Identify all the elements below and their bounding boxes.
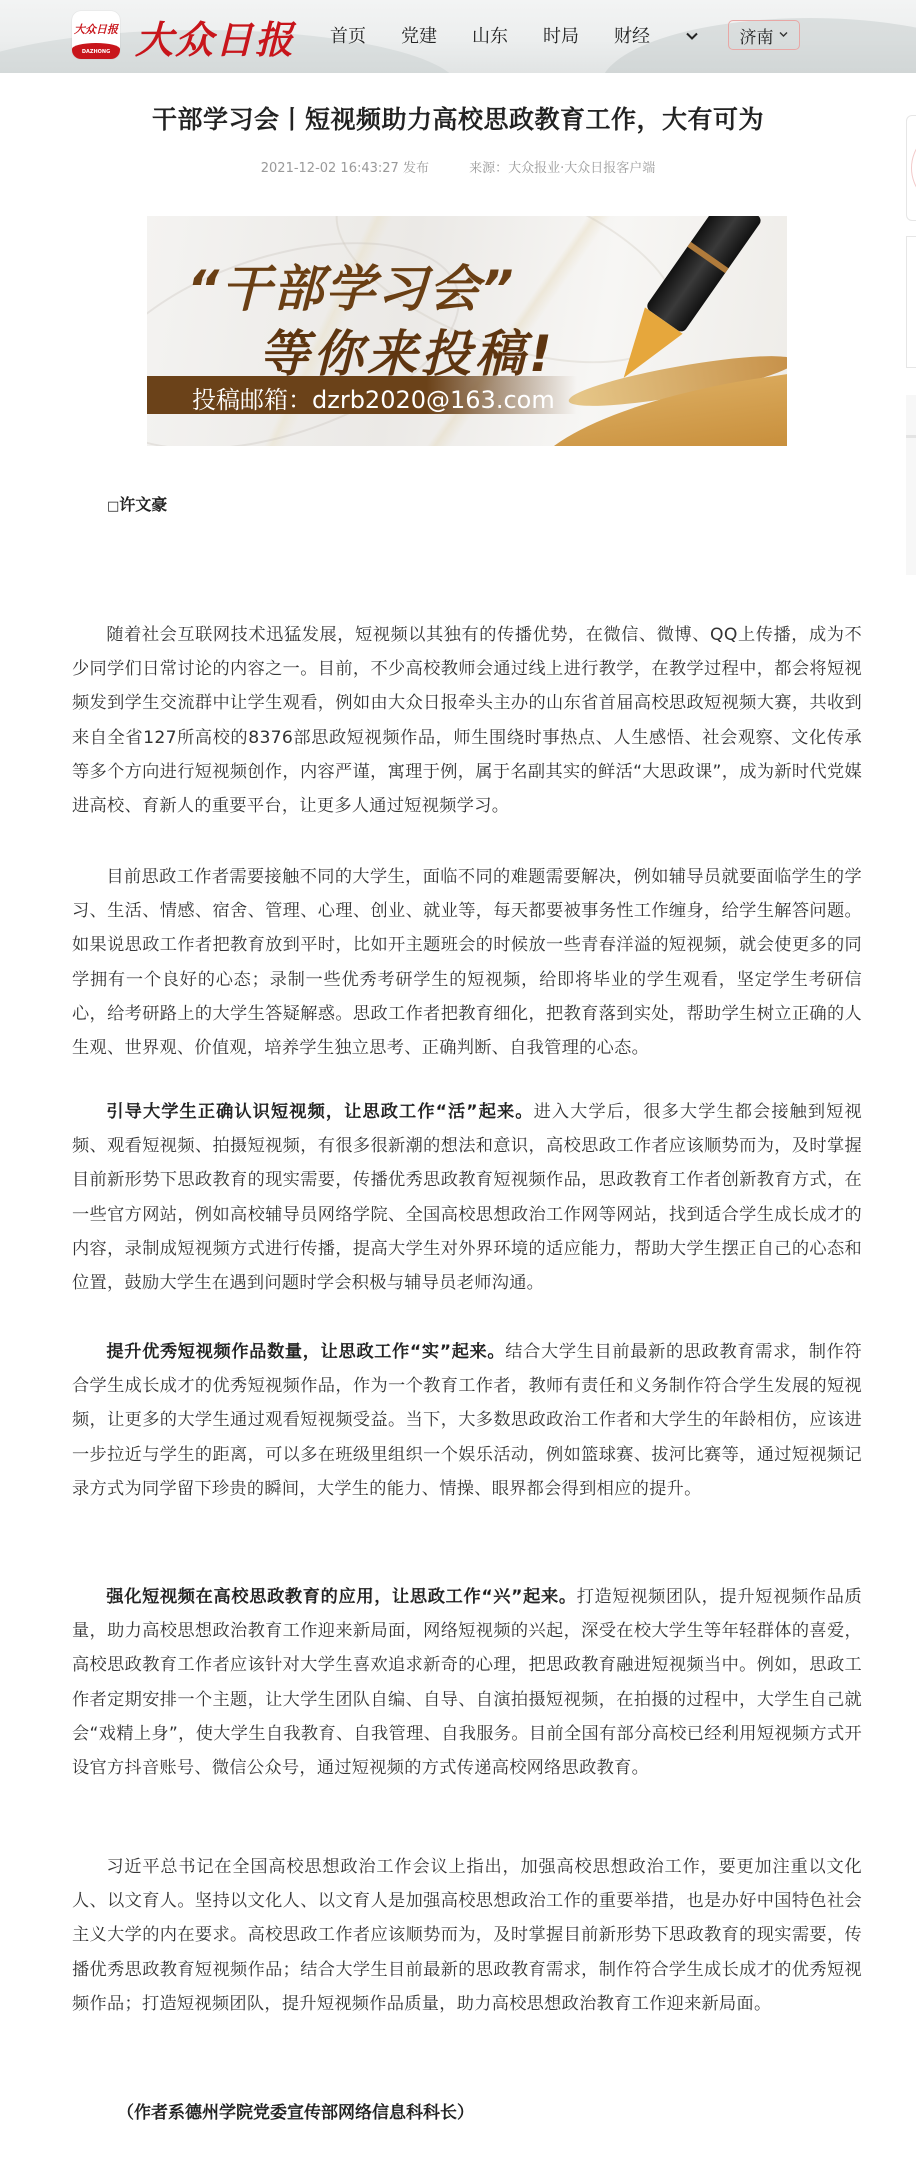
side-widget-list [906,395,916,575]
nav-item-finance[interactable]: 财经 [614,22,650,48]
paragraph-text: 习近平总书记在全国高校思想政治工作会议上指出，加强高校思想政治工作，要更加注重以… [72,1857,862,2014]
article-paragraph: 随着社会互联网技术迅猛发展，短视频以其独有的传播优势，在微信、微博、QQ上传播，… [72,618,862,823]
author-name: 许文豪 [119,495,167,514]
article-paragraph: 目前思政工作者需要接触不同的大学生，面临不同的难题需要解决，例如辅导员就要面临学… [72,860,862,1065]
city-selector[interactable]: 济南 [728,20,800,50]
city-selector-value: 济南 [740,23,774,48]
article-paragraph: 强化短视频在高校思政教育的应用，让思政工作“兴”起来。打造短视频团队，提升短视频… [72,1580,862,1785]
paragraph-lead: 强化短视频在高校思政教育的应用，让思政工作“兴”起来。 [106,1587,576,1607]
article-paragraph: 习近平总书记在全国高校思想政治工作会议上指出，加强高校思想政治工作，要更加注重以… [72,1850,862,2021]
chevron-down-icon [774,25,789,45]
article-meta: 2021-12-02 16:43:27 发布 来源：大众报业·大众日报客户端 [0,157,916,176]
app-logo-subtext: DAZHONG [72,49,120,55]
article-source: 来源：大众报业·大众日报客户端 [469,161,655,176]
paragraph-text: 打造短视频团队，提升短视频作品质量，助力高校思想政治教育工作迎来新局面，网络短视… [72,1587,862,1778]
nav-item-politics[interactable]: 时局 [543,22,579,48]
article-author: □许文豪 [107,492,167,515]
paragraph-text: 随着社会互联网技术迅猛发展，短视频以其独有的传播优势，在微信、微博、QQ上传播，… [72,625,862,816]
site-header: 大众日报 DAZHONG 大众日报 首页 党建 山东 时局 财经 济南 [0,0,916,73]
main-nav: 首页 党建 山东 时局 财经 [330,20,725,50]
author-marker: □ [107,499,119,514]
chevron-down-icon[interactable] [685,28,699,42]
article-paragraph: 引导大学生正确认识短视频，让思政工作“活”起来。进入大学后，很多大学生都会接触到… [72,1095,862,1300]
banner-email: 投稿邮箱：dzrb2020@163.com [192,380,555,415]
author-affiliation: （作者系德州学院党委宣传部网络信息科科长） [117,2098,474,2123]
side-widget-panel [906,236,916,368]
publish-time: 2021-12-02 16:43:27 发布 [261,161,429,176]
app-logo-text: 大众日报 [72,21,120,37]
paragraph-lead: 提升优秀短视频作品数量，让思政工作“实”起来。 [106,1342,505,1362]
divider [906,435,916,438]
site-logo[interactable]: 大众日报 [135,9,295,64]
paragraph-text: 结合大学生目前最新的思政教育需求，制作符合学生成长成才的优秀短视频作品，作为一个… [72,1342,862,1499]
paragraph-text: 进入大学后，很多大学生都会接触到短视频、观看短视频、拍摄短视频，有很多很新潮的想… [72,1102,862,1293]
nav-item-shandong[interactable]: 山东 [472,22,508,48]
paragraph-lead: 引导大学生正确认识短视频，让思政工作“活”起来。 [106,1102,533,1122]
article-title: 干部学习会丨短视频助力高校思政教育工作，大有可为 [0,100,916,136]
submission-banner[interactable]: “干部学习会” 等你来投稿! 投稿邮箱：dzrb2020@163.com [147,216,787,446]
nav-item-party[interactable]: 党建 [401,22,437,48]
article-paragraph: 提升优秀短视频作品数量，让思政工作“实”起来。结合大学生目前最新的思政教育需求，… [72,1335,862,1506]
paragraph-text: 目前思政工作者需要接触不同的大学生，面临不同的难题需要解决，例如辅导员就要面临学… [72,867,862,1058]
nav-item-home[interactable]: 首页 [330,22,366,48]
banner-headline: “干部学习会” [187,249,515,321]
app-logo-icon[interactable]: 大众日报 DAZHONG [72,11,120,59]
